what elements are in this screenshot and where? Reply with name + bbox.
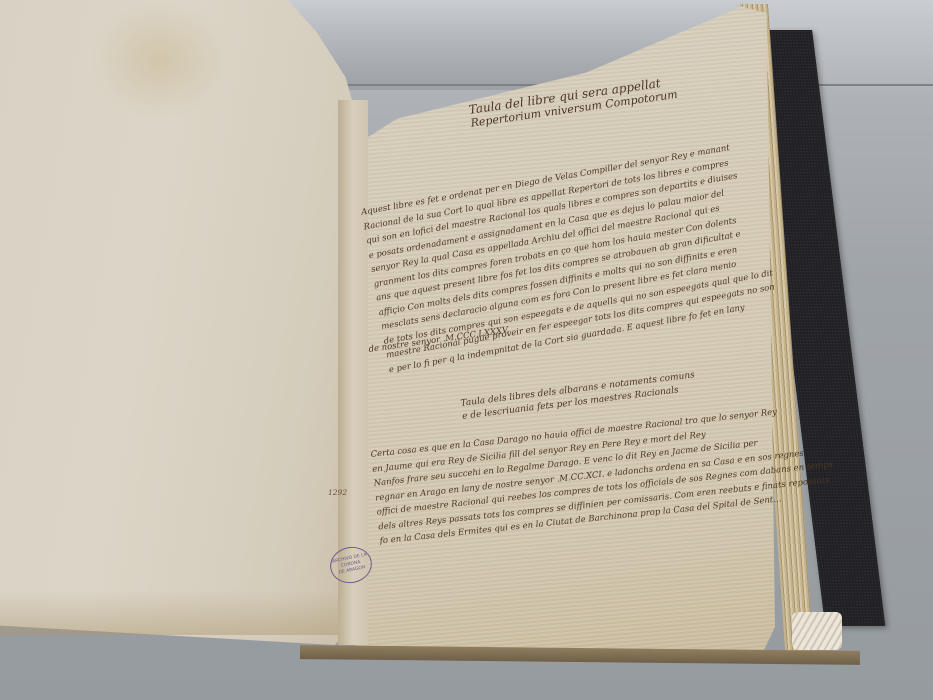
left-page-stain <box>0 590 340 635</box>
book-bottom-edge <box>300 645 860 665</box>
photo-scene: Taula del libre qui sera appellat Repert… <box>0 0 933 700</box>
margin-folio-number: 1292 <box>328 488 347 497</box>
worn-page-corner <box>792 612 842 650</box>
left-page-blank <box>0 0 360 645</box>
